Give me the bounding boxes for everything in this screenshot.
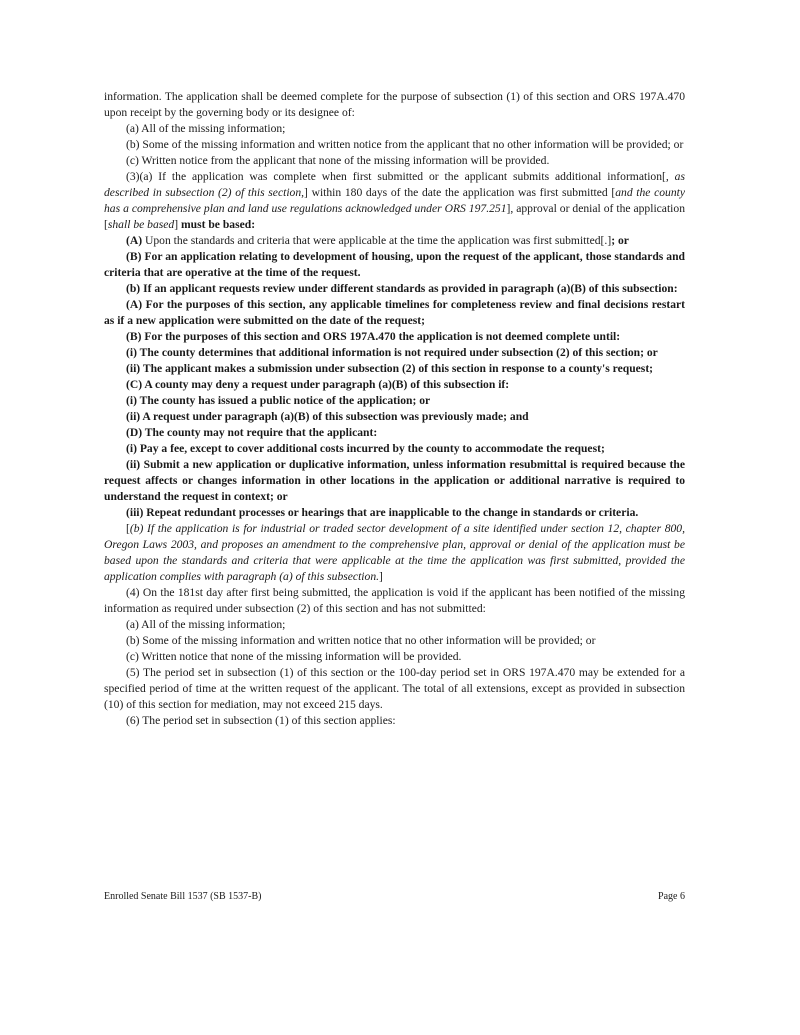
paragraph: (i) Pay a fee, except to cover additiona…	[104, 441, 685, 457]
text-segment: (b) Some of the missing information and …	[126, 634, 595, 647]
paragraph: (a) All of the missing information;	[104, 121, 685, 137]
paragraph: (3)(a) If the application was complete w…	[104, 169, 685, 233]
paragraph: (iii) Repeat redundant processes or hear…	[104, 505, 685, 521]
amended-text: (A)	[126, 234, 142, 247]
paragraph: (i) The county determines that additiona…	[104, 345, 685, 361]
text-segment: ]	[174, 218, 181, 231]
text-segment: (b) Some of the missing information and …	[126, 138, 683, 151]
bill-label: Enrolled Senate Bill 1537 (SB 1537-B)	[104, 891, 262, 902]
amended-text: ; or	[611, 234, 629, 247]
paragraph: (A) Upon the standards and criteria that…	[104, 233, 685, 249]
paragraph: [(b) If the application is for industria…	[104, 521, 685, 585]
text-segment: (3)(a) If the application was complete w…	[126, 170, 666, 183]
paragraph: (4) On the 181st day after first being s…	[104, 585, 685, 617]
paragraph: (c) Written notice from the applicant th…	[104, 153, 685, 169]
paragraph: (ii) A request under paragraph (a)(B) of…	[104, 409, 685, 425]
text-segment: Upon the standards and criteria that wer…	[142, 234, 611, 247]
paragraph: (B) For an application relating to devel…	[104, 249, 685, 281]
page-footer: Enrolled Senate Bill 1537 (SB 1537-B) Pa…	[104, 891, 685, 902]
amended-text: (i) The county determines that additiona…	[126, 346, 658, 359]
document-body: information. The application shall be de…	[104, 89, 685, 729]
paragraph: (D) The county may not require that the …	[104, 425, 685, 441]
amended-text: (ii) Submit a new application or duplica…	[104, 458, 685, 503]
paragraph: (b) If an applicant requests review unde…	[104, 281, 685, 297]
paragraph: (6) The period set in subsection (1) of …	[104, 713, 685, 729]
text-segment: (c) Written notice that none of the miss…	[126, 650, 461, 663]
paragraph: (5) The period set in subsection (1) of …	[104, 665, 685, 713]
text-segment: (5) The period set in subsection (1) of …	[104, 666, 685, 711]
amended-text: (A) For the purposes of this section, an…	[104, 298, 685, 327]
paragraph: (a) All of the missing information;	[104, 617, 685, 633]
paragraph: (b) Some of the missing information and …	[104, 633, 685, 649]
text-segment: (a) All of the missing information;	[126, 122, 285, 135]
text-segment: (6) The period set in subsection (1) of …	[126, 714, 396, 727]
amended-text: (iii) Repeat redundant processes or hear…	[126, 506, 638, 519]
text-segment: (4) On the 181st day after first being s…	[104, 586, 685, 615]
amended-text: (b) If an applicant requests review unde…	[126, 282, 678, 295]
amended-text: (B) For the purposes of this section and…	[126, 330, 620, 343]
amended-text: (ii) The applicant makes a submission un…	[126, 362, 653, 375]
paragraph: (ii) The applicant makes a submission un…	[104, 361, 685, 377]
paragraph: (ii) Submit a new application or duplica…	[104, 457, 685, 505]
text-segment: (a) All of the missing information;	[126, 618, 285, 631]
amended-text: (i) The county has issued a public notic…	[126, 394, 430, 407]
paragraph: (c) Written notice that none of the miss…	[104, 649, 685, 665]
paragraph: (C) A county may deny a request under pa…	[104, 377, 685, 393]
amended-text: (C) A county may deny a request under pa…	[126, 378, 509, 391]
amended-text: must be based:	[181, 218, 255, 231]
amended-text: (ii) A request under paragraph (a)(B) of…	[126, 410, 529, 423]
paragraph: (A) For the purposes of this section, an…	[104, 297, 685, 329]
deleted-text: shall be based	[108, 218, 174, 231]
amended-text: (D) The county may not require that the …	[126, 426, 377, 439]
amended-text: (i) Pay a fee, except to cover additiona…	[126, 442, 605, 455]
text-segment: information. The application shall be de…	[104, 90, 685, 119]
paragraph: information. The application shall be de…	[104, 89, 685, 121]
paragraph: (B) For the purposes of this section and…	[104, 329, 685, 345]
paragraph: (b) Some of the missing information and …	[104, 137, 685, 153]
text-segment: (c) Written notice from the applicant th…	[126, 154, 549, 167]
amended-text: (B) For an application relating to devel…	[104, 250, 685, 279]
text-segment: ] within 180 days of the date the applic…	[304, 186, 615, 199]
paragraph: (i) The county has issued a public notic…	[104, 393, 685, 409]
page-number: Page 6	[658, 891, 685, 902]
deleted-text: (b) If the application is for industrial…	[104, 522, 685, 583]
text-segment: ]	[379, 570, 383, 583]
